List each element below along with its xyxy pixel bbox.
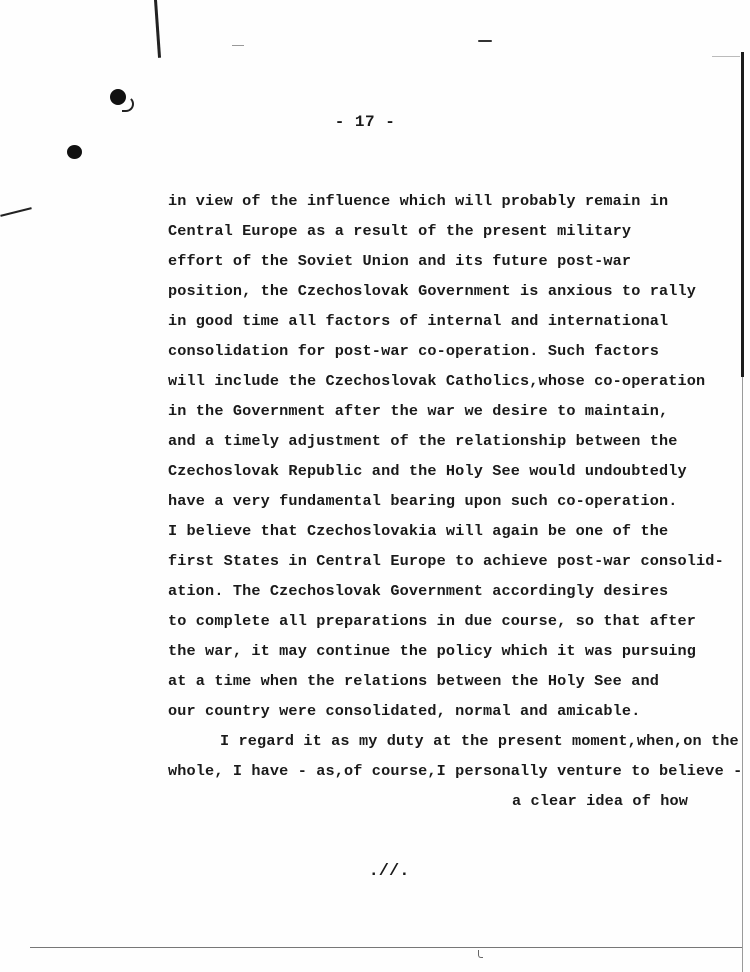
- scan-speck: [478, 950, 483, 958]
- text-line: to complete all preparations in due cour…: [168, 606, 738, 636]
- text-line: Czechoslovak Republic and the Holy See w…: [168, 456, 738, 486]
- text-line: I believe that Czechoslovakia will again…: [168, 516, 738, 546]
- text-line: our country were consolidated, normal an…: [168, 696, 738, 726]
- text-line: in good time all factors of internal and…: [168, 306, 738, 336]
- scan-speck: [712, 56, 740, 57]
- text-line: at a time when the relations between the…: [168, 666, 738, 696]
- text-line: will include the Czechoslovak Catholics,…: [168, 366, 738, 396]
- text-line: Central Europe as a result of the presen…: [168, 216, 738, 246]
- margin-stroke-mark: [0, 207, 32, 217]
- text-line: in the Government after the war we desir…: [168, 396, 738, 426]
- scan-speck: [478, 40, 492, 42]
- text-line: consolidation for post-war co-operation.…: [168, 336, 738, 366]
- paragraph-start-line: I regard it as my duty at the present mo…: [168, 726, 738, 756]
- text-line: whole, I have - as,of course,I personall…: [168, 756, 738, 786]
- text-line: effort of the Soviet Union and its futur…: [168, 246, 738, 276]
- text-line: position, the Czechoslovak Government is…: [168, 276, 738, 306]
- text-line: first States in Central Europe to achiev…: [168, 546, 738, 576]
- text-line: a clear idea of how: [168, 786, 738, 816]
- scan-speck: [232, 45, 244, 46]
- text-line: and a timely adjustment of the relations…: [168, 426, 738, 456]
- text-line: ation. The Czechoslovak Government accor…: [168, 576, 738, 606]
- page-edge-line: [742, 377, 743, 972]
- page-edge-line: [741, 52, 744, 377]
- text-line: in view of the influence which will prob…: [168, 186, 738, 216]
- text-line: the war, it may continue the policy whic…: [168, 636, 738, 666]
- body-text: in view of the influence which will prob…: [168, 186, 738, 816]
- margin-stroke-mark: [154, 0, 161, 58]
- page-number: - 17 -: [0, 113, 750, 131]
- page-bottom-edge: [30, 947, 742, 948]
- document-page: - 17 - in view of the influence which wi…: [0, 0, 750, 972]
- text-line: have a very fundamental bearing upon suc…: [168, 486, 738, 516]
- continuation-mark: .//.: [0, 862, 750, 881]
- punch-hole-icon: [67, 145, 82, 159]
- hook-mark-icon: [122, 96, 134, 112]
